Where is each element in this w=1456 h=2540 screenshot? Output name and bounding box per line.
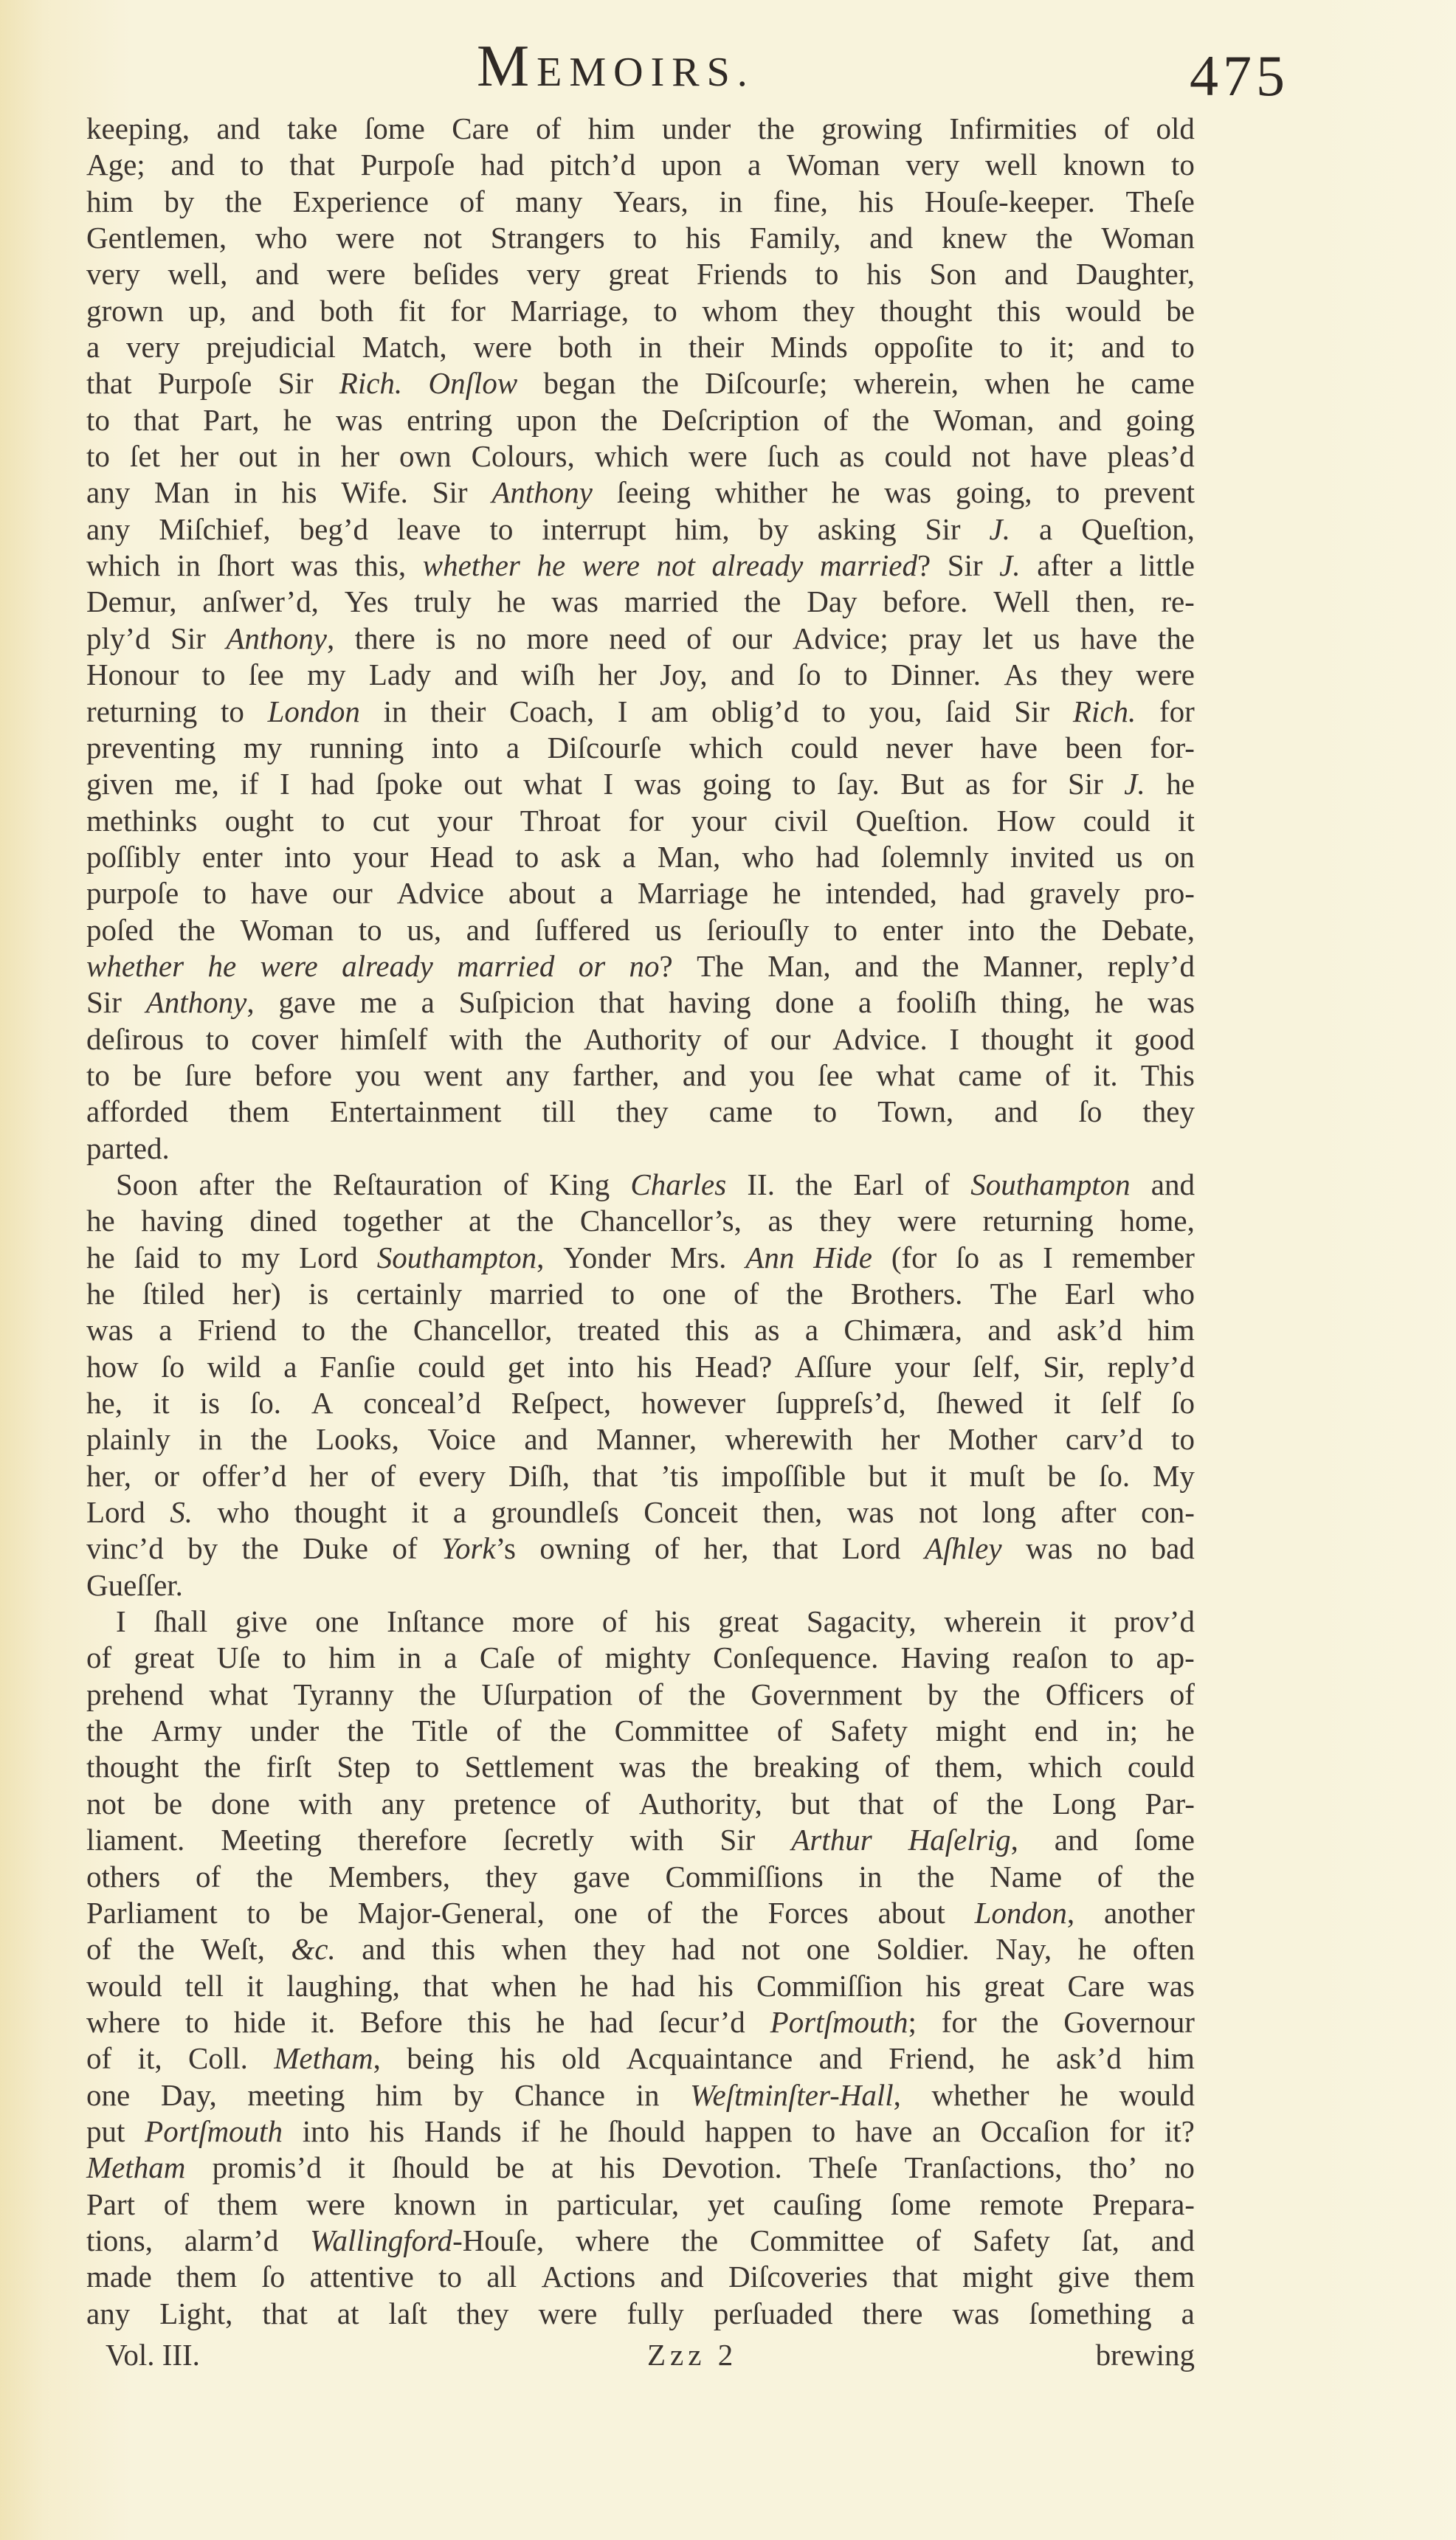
word: to <box>1171 1421 1195 1457</box>
word: was <box>884 474 931 511</box>
roman-run: pleas’d <box>1107 439 1194 473</box>
roman-run: he <box>1060 2078 1088 2112</box>
word: which <box>1028 1749 1102 1785</box>
roman-run: your <box>353 840 408 874</box>
word: is <box>435 621 455 657</box>
word: Occaſion <box>981 2113 1090 2150</box>
word: preventing <box>86 730 215 766</box>
roman-run: and <box>524 1422 567 1456</box>
roman-run: remember <box>1072 1240 1195 1274</box>
roman-run: the <box>917 1860 954 1894</box>
word: my <box>244 730 282 766</box>
word: Prepara- <box>1092 2187 1195 2223</box>
word: your <box>353 839 408 875</box>
roman-run: of <box>496 1714 521 1747</box>
word: my <box>307 657 345 693</box>
roman-run: Honour <box>86 658 179 691</box>
word: ſaid <box>134 1240 179 1276</box>
word: I <box>949 1021 959 1057</box>
roman-run: to <box>1171 330 1195 364</box>
word: and <box>987 1312 1031 1348</box>
word: Experience <box>293 184 429 220</box>
text-line: givenme,ifIhadſpokeoutwhatIwasgoingtoſay… <box>86 766 1195 802</box>
roman-run: had <box>815 840 859 874</box>
roman-run: him <box>588 111 635 145</box>
roman-run: this <box>686 1313 729 1347</box>
word: conceal’d <box>363 1385 480 1421</box>
word: our <box>332 875 373 911</box>
roman-run: My <box>1153 1459 1195 1493</box>
roman-run: were <box>539 2296 598 2330</box>
word: entring <box>407 402 492 438</box>
roman-run: he <box>86 1240 115 1274</box>
word: Yes <box>345 584 389 620</box>
italic-run: Wallingford <box>310 2223 452 2257</box>
roman-run: into <box>967 913 1015 947</box>
word: very <box>905 147 959 183</box>
roman-run: they <box>819 1204 872 1238</box>
word: he, <box>86 1385 123 1421</box>
word: no <box>1097 1530 1127 1567</box>
roman-run: prehend <box>86 1677 184 1711</box>
roman-run: was <box>619 1750 666 1784</box>
roman-run: Minds <box>770 330 848 364</box>
roman-run: ſo <box>261 2260 285 2294</box>
word: a <box>421 984 435 1021</box>
roman-run: they <box>1142 1094 1195 1128</box>
roman-run: the <box>1001 2005 1038 2039</box>
roman-run: his <box>698 1969 734 2003</box>
roman-run: Earl <box>1065 1277 1115 1311</box>
word: Actions <box>542 2259 636 2295</box>
roman-run: of <box>1097 1860 1122 1894</box>
roman-run: any <box>382 1787 425 1821</box>
word: before. <box>883 584 967 620</box>
roman-run: hide <box>234 2005 286 2039</box>
word: Honour <box>86 657 179 693</box>
italic-run: Metham <box>274 2041 373 2075</box>
roman-run: give <box>1058 2260 1110 2294</box>
word: Friend, <box>889 2040 975 2077</box>
roman-run: to <box>221 694 244 728</box>
word: my <box>241 1240 280 1276</box>
roman-run: and <box>362 1932 405 1966</box>
word: Sir, <box>1043 1349 1084 1385</box>
word: an <box>932 2113 961 2150</box>
roman-run: vinc’d <box>86 1531 164 1565</box>
roman-run: but <box>869 1459 907 1493</box>
roman-run: -Houſe, <box>452 2223 544 2257</box>
word: the <box>917 1859 954 1895</box>
roman-run: Uſurpation <box>481 1677 613 1711</box>
text-line: putPortſmouthintohisHandsifheſhouldhappe… <box>86 2113 1195 2150</box>
word: be <box>133 1057 162 1094</box>
roman-run: my <box>307 658 345 691</box>
word: of <box>916 2223 941 2259</box>
roman-run: fully <box>627 2296 683 2330</box>
italic-run: Southampton <box>970 1167 1130 1201</box>
word: Advice <box>397 875 484 911</box>
word: that <box>134 402 179 438</box>
word: in; <box>1106 1713 1138 1749</box>
word: London, <box>975 1895 1075 1931</box>
roman-run: perſuaded <box>714 2296 833 2330</box>
word: old <box>562 2040 600 2077</box>
word: not <box>424 220 462 256</box>
roman-run: and <box>660 2260 703 2294</box>
roman-run: going <box>1125 403 1194 437</box>
roman-run: of <box>1045 1058 1070 1092</box>
catchword: brewing <box>1096 2336 1195 2373</box>
roman-run: Chance <box>514 2078 605 2112</box>
roman-run: wiſh <box>521 658 575 691</box>
roman-run: Marriage, <box>511 294 629 328</box>
word: Authority <box>584 1021 701 1057</box>
roman-run: ſure <box>184 1058 232 1092</box>
roman-run: his <box>925 1969 961 2003</box>
word: then, <box>1076 584 1136 620</box>
word: were <box>582 548 640 584</box>
roman-run: me, <box>175 767 219 801</box>
word: us <box>655 912 681 948</box>
roman-run: give <box>235 1604 288 1638</box>
word: any <box>506 1057 549 1094</box>
roman-run: Government <box>751 1677 903 1711</box>
word: who <box>218 1494 270 1530</box>
roman-run: he <box>580 1969 609 2003</box>
roman-run: their <box>430 694 486 728</box>
word: Infirmities <box>949 111 1077 147</box>
text-line: thoughtthefirſtSteptoSettlementwasthebre… <box>86 1749 1195 1785</box>
word: the <box>689 1677 725 1713</box>
word: after <box>199 1167 254 1203</box>
word: Par- <box>1145 1786 1195 1822</box>
word: that <box>423 1968 468 2004</box>
word: cover <box>251 1021 318 1057</box>
word: could <box>1128 1749 1195 1785</box>
roman-run: the <box>1036 221 1073 255</box>
roman-run: he <box>832 475 860 509</box>
word: Officers <box>1046 1677 1145 1713</box>
roman-run: a <box>506 731 520 765</box>
word: for <box>628 803 663 839</box>
word: Rich. <box>339 365 402 401</box>
word: Chancellor, <box>413 1312 552 1348</box>
roman-run: thing, <box>1001 985 1071 1019</box>
word: married <box>624 584 718 620</box>
word: to <box>86 402 110 438</box>
roman-run: be <box>1166 294 1195 328</box>
word: Woman <box>787 147 880 183</box>
roman-run: Man, <box>767 949 830 983</box>
word: been <box>1065 730 1122 766</box>
roman-run: for <box>450 294 486 328</box>
word: there <box>863 2296 923 2332</box>
word: Looks, <box>316 1421 399 1457</box>
word: ſeriouſly <box>707 912 810 948</box>
roman-run: it <box>1054 1386 1071 1420</box>
word: cauſing <box>773 2187 863 2223</box>
word: where <box>86 2004 160 2040</box>
word: not <box>86 1786 125 1822</box>
roman-run: the <box>642 366 679 400</box>
italic-run: London <box>975 1896 1067 1930</box>
word: Care <box>1068 1968 1125 2004</box>
roman-run: there <box>863 2296 923 2330</box>
word: and <box>855 948 898 984</box>
word: it <box>1054 1385 1071 1421</box>
word: methinks <box>86 803 197 839</box>
word: to <box>489 511 513 548</box>
roman-run: my <box>241 1240 280 1274</box>
word: the <box>251 1421 288 1457</box>
word: plainly <box>86 1421 170 1457</box>
roman-run: after <box>1060 1495 1116 1529</box>
word: ſolemnly <box>881 839 989 875</box>
roman-run: this <box>468 2005 511 2039</box>
roman-run: of <box>86 1932 111 1966</box>
roman-run: what <box>523 767 582 801</box>
roman-run: going <box>703 767 771 801</box>
text-line: vinc’dbytheDukeofYork’sowningofher,thatL… <box>86 1530 1195 1567</box>
roman-run: ſuffered <box>535 913 630 947</box>
roman-run: by <box>453 2078 483 2112</box>
roman-run: dined <box>249 1204 317 1238</box>
text-line: Gueſſer. <box>86 1567 1195 1604</box>
word: any <box>86 474 130 511</box>
word: pretence <box>454 1786 556 1822</box>
word: his <box>925 1968 961 2004</box>
roman-run: which <box>86 548 160 582</box>
word: Chimæra, <box>843 1312 962 1348</box>
word: her <box>881 1421 920 1457</box>
word: for- <box>1150 730 1195 766</box>
roman-run: he <box>497 584 526 618</box>
word: Safety <box>973 2223 1050 2259</box>
word: to <box>359 912 382 948</box>
word: to <box>1000 329 1024 365</box>
signature-mark: Zzz 2 <box>647 2336 737 2373</box>
roman-run: was <box>884 475 931 509</box>
word: Man, <box>767 948 830 984</box>
roman-run: ſhort <box>217 548 274 582</box>
roman-run: yet <box>708 2187 745 2221</box>
word: not <box>919 1494 957 1530</box>
roman-run: and <box>171 148 215 182</box>
roman-run: Head? <box>694 1350 772 1384</box>
word: returning <box>983 1203 1094 1239</box>
word: as <box>839 438 864 474</box>
roman-run: he <box>1078 1932 1107 1966</box>
word: King <box>549 1167 610 1203</box>
roman-run: enter <box>202 840 263 874</box>
word: him <box>1148 2040 1195 2077</box>
roman-run: to <box>834 913 858 947</box>
word: Lady <box>369 657 431 693</box>
roman-run: a <box>1181 2296 1195 2330</box>
word: by <box>453 2077 483 2113</box>
word: about <box>508 875 576 911</box>
word: Aſhley <box>925 1530 1002 1567</box>
text-line: whetherhewerealreadymarriedorno?TheMan,a… <box>86 948 1195 984</box>
roman-run: Woman, <box>934 403 1035 437</box>
roman-run: is <box>200 1386 220 1420</box>
roman-run: to <box>302 1313 325 1347</box>
word: Anthony, <box>226 621 334 657</box>
word: of <box>164 2187 189 2223</box>
roman-run: her <box>881 1422 920 1456</box>
word: purpoſe <box>86 875 179 911</box>
roman-run: of <box>503 1167 528 1201</box>
word: give <box>235 1604 288 1640</box>
roman-run: get <box>508 1350 545 1384</box>
text-line: tobeſurebeforeyouwentanyfarther,andyouſe… <box>86 1057 1195 1094</box>
word: one <box>86 2077 130 2113</box>
word: Devotion. <box>662 2150 782 2186</box>
roman-run: gave <box>278 985 335 1019</box>
italic-run: already <box>342 949 433 983</box>
word: reply’d <box>1108 948 1195 984</box>
roman-run: till <box>542 1094 576 1128</box>
word: Brothers. <box>851 1276 962 1312</box>
roman-run: upon <box>517 403 577 437</box>
word: gave <box>573 1859 629 1895</box>
word: oppoſite <box>874 329 973 365</box>
roman-run: not <box>742 1932 780 1966</box>
roman-run: no <box>476 621 506 655</box>
word: out <box>463 766 502 802</box>
roman-run: to <box>815 257 839 291</box>
word: leave <box>397 511 460 548</box>
roman-run: for <box>1012 767 1047 801</box>
roman-run: , <box>327 621 334 655</box>
roman-run: he <box>86 1204 115 1238</box>
word: after <box>1037 548 1092 584</box>
word: Sagacity, <box>807 1604 917 1640</box>
word: Governour <box>1063 2004 1195 2040</box>
word: Committee <box>615 1713 749 1749</box>
word: by <box>164 184 194 220</box>
roman-run: ’s <box>496 1531 516 1565</box>
roman-run: to <box>86 1058 110 1092</box>
roman-run: him <box>376 2078 423 2112</box>
word: a <box>622 839 635 875</box>
word: Soon <box>116 1167 178 1203</box>
word: it. <box>1094 1057 1118 1094</box>
roman-run: fine, <box>773 184 828 218</box>
word: came <box>1131 365 1194 401</box>
roman-run: Members, <box>328 1860 450 1894</box>
roman-run: Inſtance <box>387 1604 484 1638</box>
roman-run: the <box>138 1932 175 1966</box>
roman-run: into <box>303 2114 350 2148</box>
word: the <box>601 402 638 438</box>
word: Mrs. <box>670 1240 726 1276</box>
italic-run: S. <box>170 1495 193 1529</box>
word: gravely <box>1029 875 1120 911</box>
word: me <box>360 984 397 1021</box>
word: a <box>1109 548 1122 584</box>
roman-run: Light, <box>159 2296 232 2330</box>
word: the <box>681 2223 718 2259</box>
word: Gentlemen, <box>86 220 227 256</box>
word: the <box>351 1312 387 1348</box>
word: having <box>669 984 751 1021</box>
word: very <box>126 329 180 365</box>
running-head: MEMOIRS. <box>477 37 755 102</box>
roman-run: ſome <box>891 2187 951 2221</box>
roman-run: I <box>1043 1240 1053 1274</box>
roman-run: knew <box>942 221 1007 255</box>
word: was <box>336 402 383 438</box>
word: he <box>86 1276 115 1312</box>
roman-run: them <box>229 1094 289 1128</box>
roman-run: he, <box>86 1386 123 1420</box>
word: and <box>171 147 215 183</box>
roman-run: others <box>86 1860 160 1894</box>
roman-run: about <box>508 876 576 910</box>
roman-run: Name <box>990 1860 1062 1894</box>
roman-run: of <box>916 2223 941 2257</box>
roman-run: be <box>300 1896 328 1930</box>
word: known <box>394 2187 477 2223</box>
word: ſo. <box>1099 1458 1130 1494</box>
roman-run: have <box>1030 439 1087 473</box>
roman-run: not <box>972 439 1010 473</box>
text-line: purpoſetohaveourAdviceaboutaMarriagehein… <box>86 875 1195 911</box>
roman-run: known <box>394 2187 477 2221</box>
word: the <box>691 1749 728 1785</box>
roman-run: out <box>238 439 277 473</box>
roman-run: to <box>359 913 382 947</box>
word: Son <box>930 256 977 292</box>
word: was <box>1026 1530 1073 1567</box>
word: But <box>900 766 944 802</box>
roman-run: he <box>1166 1714 1195 1747</box>
roman-run: Suſpicion <box>459 985 575 1019</box>
roman-run: afforded <box>86 1094 188 1128</box>
roman-run: in <box>177 548 201 582</box>
word: one <box>574 1895 618 1931</box>
word: no <box>1165 2150 1195 2186</box>
word: having <box>141 1203 224 1239</box>
roman-run: Fanſie <box>320 1350 395 1384</box>
roman-run: by <box>928 1677 958 1711</box>
roman-run: might <box>962 2260 1033 2294</box>
word: be <box>1047 1458 1076 1494</box>
roman-run: Woman <box>787 148 880 182</box>
word: the <box>872 402 909 438</box>
word: Weſt, <box>201 1931 265 1967</box>
word: them, <box>935 1749 1003 1785</box>
word: promis’d <box>213 2150 322 2186</box>
roman-run: interrupt <box>542 512 646 546</box>
word: Wife. <box>341 474 408 511</box>
roman-run: to <box>203 876 227 910</box>
roman-run: Woman <box>1101 221 1195 255</box>
italic-run: whether <box>423 548 520 582</box>
word: Match, <box>362 329 447 365</box>
roman-run: , <box>246 985 254 1019</box>
roman-run: to <box>202 658 226 691</box>
roman-run: carv’d <box>1066 1422 1143 1456</box>
word: it <box>412 1494 429 1530</box>
roman-run: good <box>1134 1022 1195 1056</box>
word: of <box>824 402 849 438</box>
roman-run: running <box>310 731 404 765</box>
word: but <box>791 1786 829 1822</box>
roman-run: Long <box>1052 1787 1117 1821</box>
